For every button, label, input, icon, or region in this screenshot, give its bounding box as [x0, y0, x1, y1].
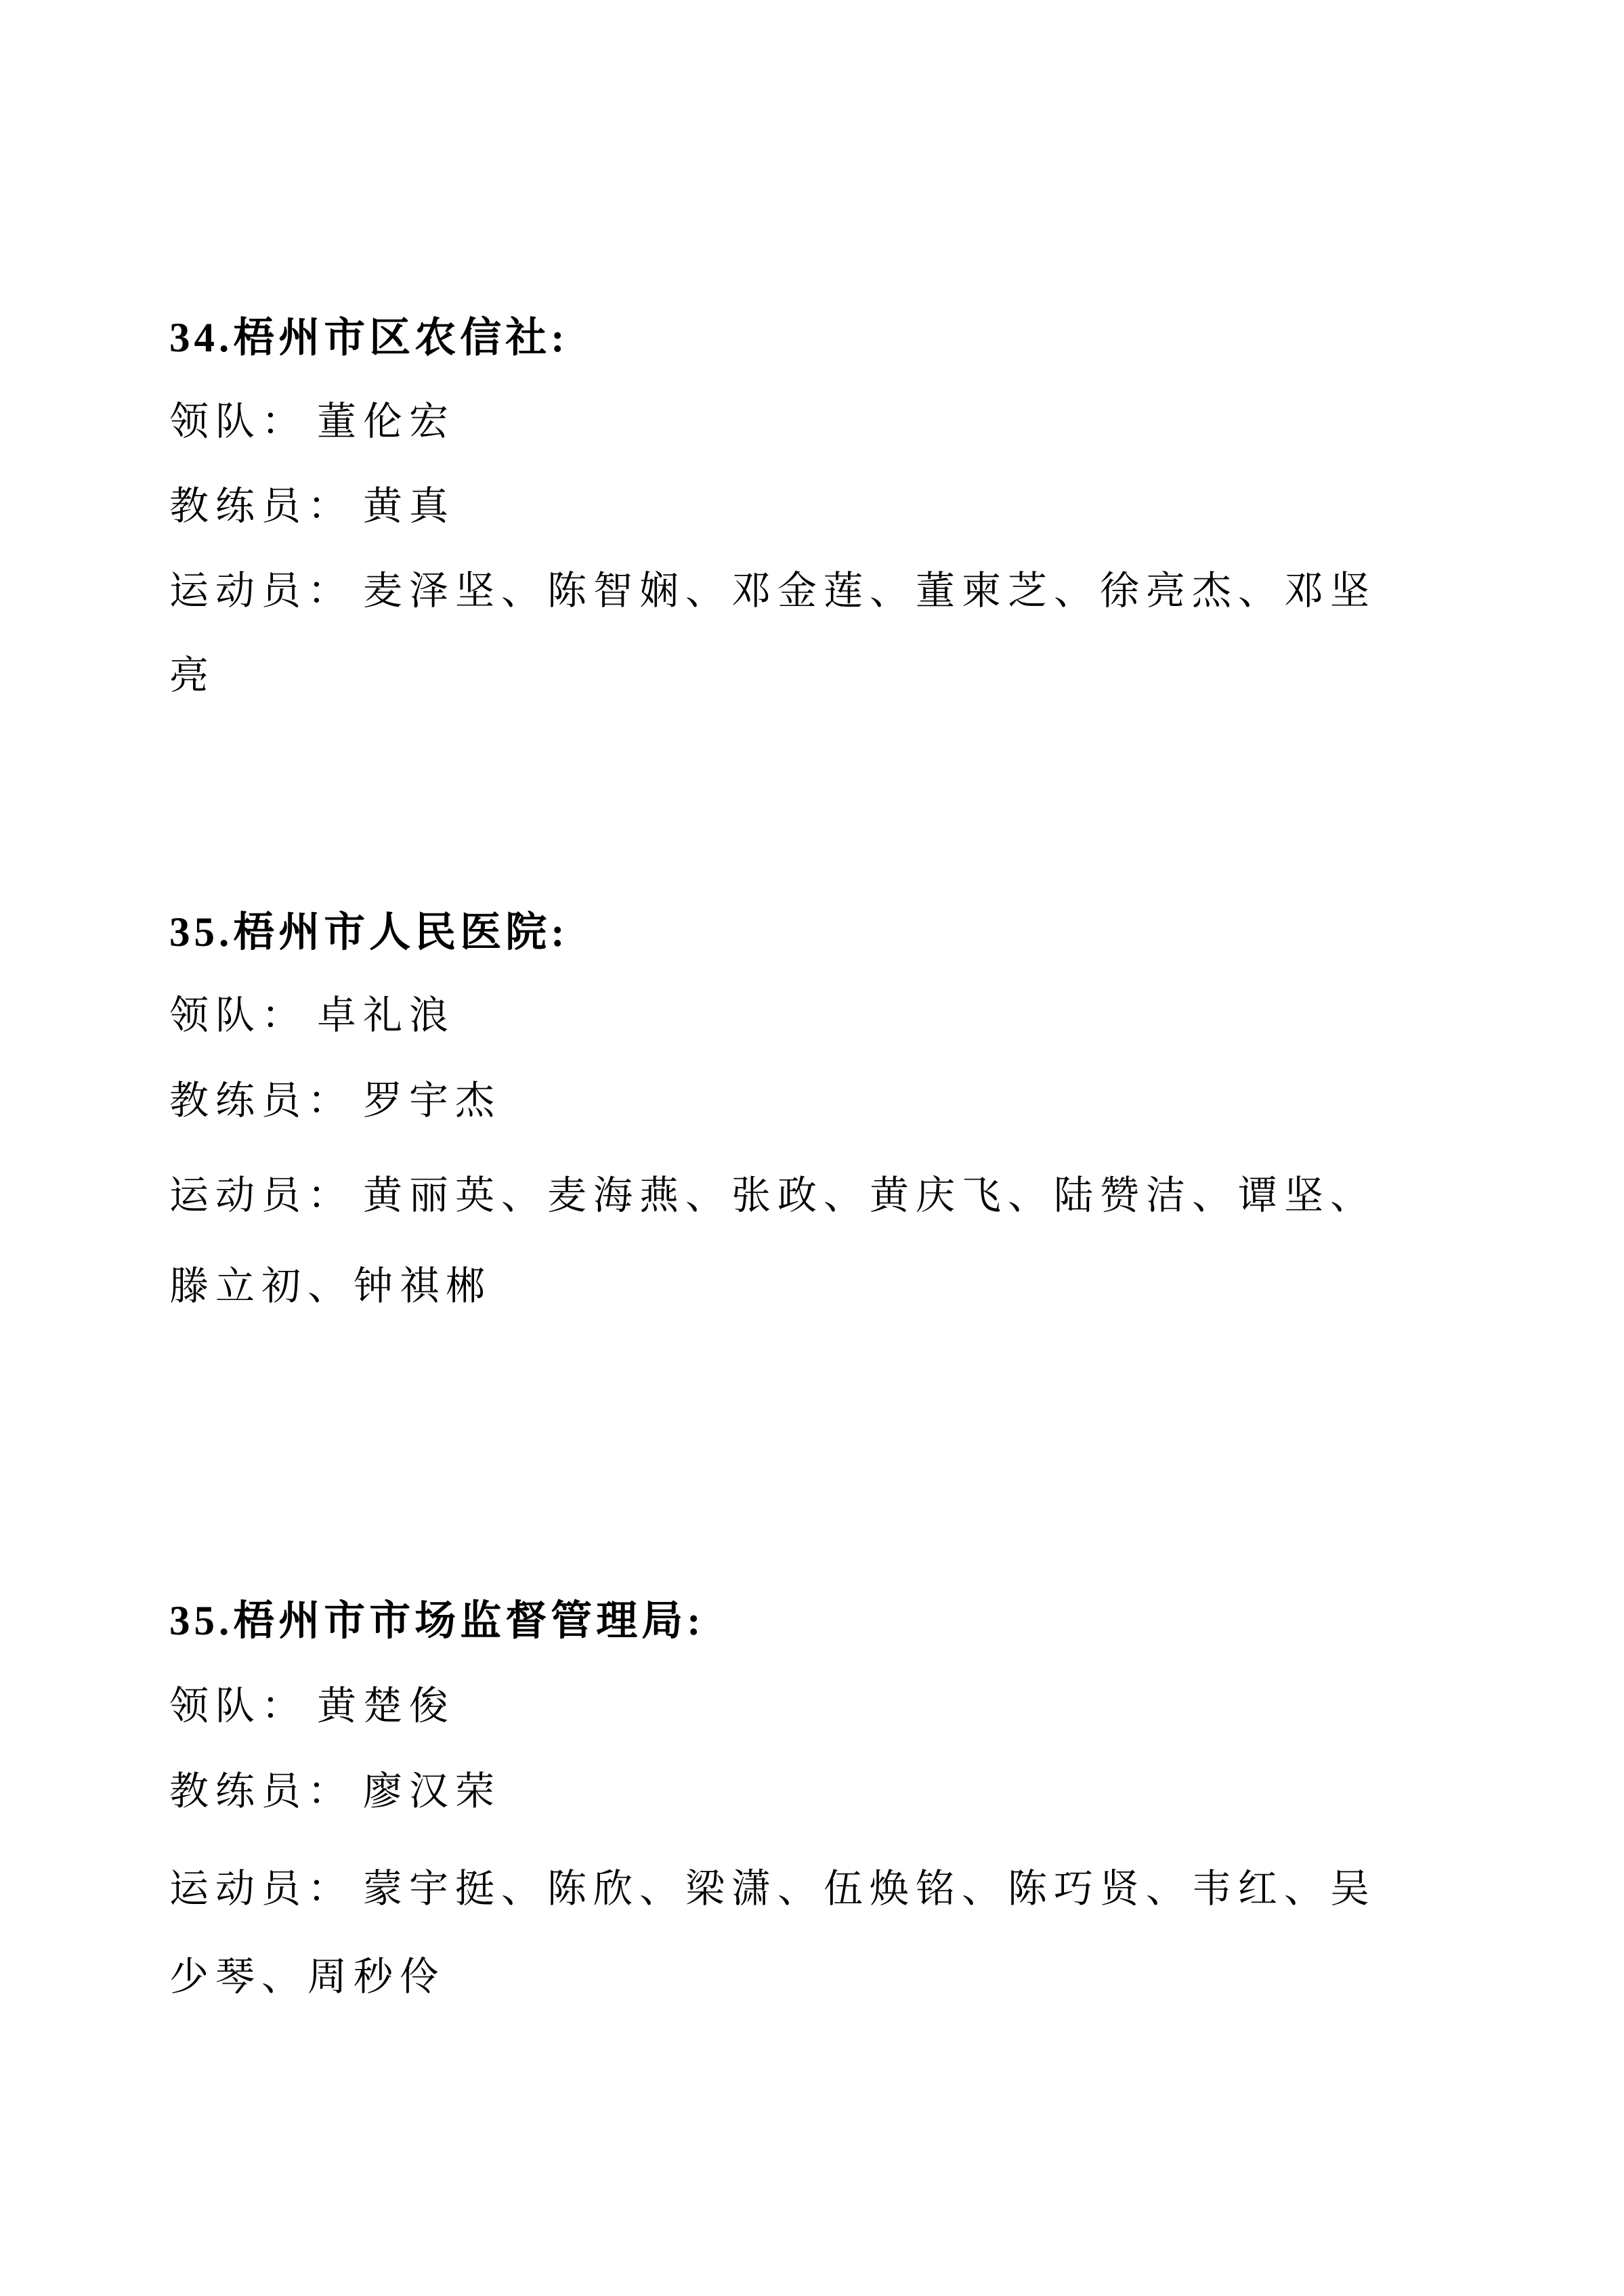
- athletes-names: 麦泽坚、陈智娴、邓金莲、董柬芝、徐亮杰、邓坚: [363, 569, 1376, 613]
- athletes-names: 蒙宇挺、陈欣、梁潇、伍焕铭、陈巧贤、韦红、吴: [363, 1867, 1376, 1911]
- athletes-row-3: 运动员：蒙宇挺、陈欣、梁潇、伍焕铭、陈巧贤、韦红、吴: [169, 1857, 1475, 1913]
- leader-label: 领队：: [169, 1684, 307, 1728]
- athletes-continuation-3: 少琴、周秒伶: [169, 1945, 1475, 2001]
- coach-name: 廖汉荣: [363, 1769, 501, 1813]
- leader-label: 领队：: [169, 993, 307, 1037]
- athletes-row-1: 运动员：麦泽坚、陈智娴、邓金莲、董柬芝、徐亮杰、邓坚: [169, 559, 1475, 615]
- athletes-label: 运动员：: [169, 569, 354, 613]
- leader-row-2: 领队：卓礼浪: [169, 983, 1475, 1040]
- leader-name: 卓礼浪: [317, 993, 455, 1037]
- athletes-names: 黄丽英、麦海燕、张政、黄庆飞、陆赞洁、谭坚、: [363, 1173, 1376, 1217]
- athletes-continuation-1: 亮: [169, 643, 1475, 700]
- coach-label: 教练员：: [169, 484, 354, 528]
- coach-row-1: 教练员：黄真: [169, 474, 1475, 531]
- coach-row-3: 教练员：廖汉荣: [169, 1759, 1475, 1816]
- team-heading-2: 35.梧州市人民医院:: [169, 899, 1475, 958]
- athletes-label: 运动员：: [169, 1867, 354, 1911]
- coach-name: 黄真: [363, 484, 455, 528]
- coach-label: 教练员：: [169, 1079, 354, 1123]
- leader-row-1: 领队：董伦宏: [169, 389, 1475, 446]
- coach-name: 罗宇杰: [363, 1079, 501, 1123]
- leader-name: 黄楚俊: [317, 1684, 455, 1728]
- document-page: 34.梧州市区农信社: 领队：董伦宏 教练员：黄真 运动员：麦泽坚、陈智娴、邓金…: [0, 0, 1624, 2296]
- coach-row-2: 教练员：罗宇杰: [169, 1068, 1475, 1125]
- team-heading-1: 34.梧州市区农信社:: [169, 305, 1475, 364]
- leader-name: 董伦宏: [317, 399, 455, 443]
- leader-row-3: 领队：黄楚俊: [169, 1674, 1475, 1731]
- team-heading-3: 35.梧州市市场监督管理局:: [169, 1588, 1475, 1647]
- athletes-label: 运动员：: [169, 1173, 354, 1217]
- athletes-continuation-2: 滕立初、钟祺郴: [169, 1254, 1475, 1311]
- coach-label: 教练员：: [169, 1769, 354, 1813]
- athletes-row-2: 运动员：黄丽英、麦海燕、张政、黄庆飞、陆赞洁、谭坚、: [169, 1163, 1475, 1220]
- leader-label: 领队：: [169, 399, 307, 443]
